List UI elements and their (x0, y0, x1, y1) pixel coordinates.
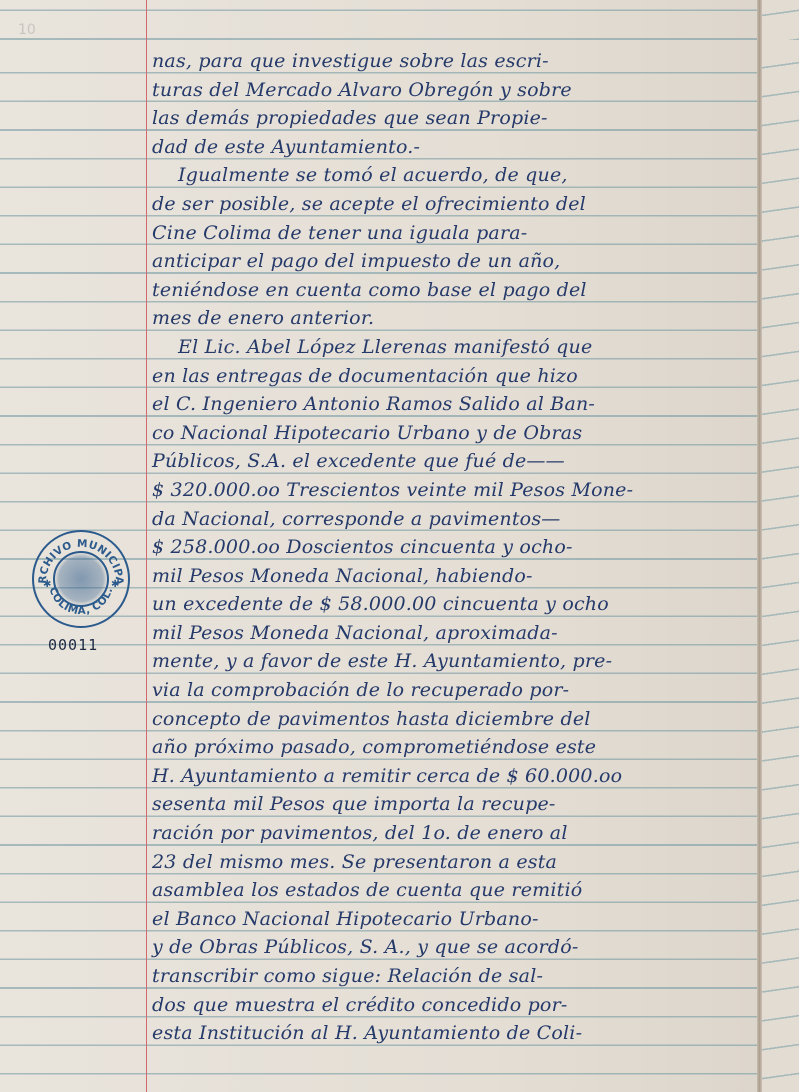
text-line: El Lic. Abel López Llerenas manifestó qu… (148, 333, 760, 362)
text-line: Cine Colima de tener una iguala para- (148, 219, 760, 248)
text-line: asamblea los estados de cuenta que remit… (148, 876, 760, 905)
archive-stamp: ARCHIVO MUNICIPAL COLIMA, COL. ✱ ✱ (32, 530, 130, 628)
text-line: 23 del mismo mes. Se presentaron a esta (148, 848, 760, 877)
text-line: el C. Ingeniero Antonio Ramos Salido al … (148, 390, 760, 419)
text-line: turas del Mercado Alvaro Obregón y sobre (148, 76, 760, 105)
handwritten-minutes-text: nas, para que investigue sobre las escri… (148, 47, 760, 1048)
archive-page-number: 00011 (48, 636, 98, 654)
stamp-star-left-icon: ✱ (43, 579, 51, 590)
ledger-page: 10 nas, para que investigue sobre las es… (0, 0, 799, 1092)
corner-page-mark: 10 (18, 22, 36, 38)
facing-page-edge (760, 0, 799, 1092)
margin-line (146, 0, 147, 1092)
text-line: teniéndose en cuenta como base el pago d… (148, 276, 760, 305)
stamp-seal-emblem-icon (53, 551, 109, 607)
text-line: co Nacional Hipotecario Urbano y de Obra… (148, 419, 760, 448)
text-line: mente, y a favor de este H. Ayuntamiento… (148, 647, 760, 676)
text-line: ración por pavimentos, del 1o. de enero … (148, 819, 760, 848)
text-line: anticipar el pago del impuesto de un año… (148, 247, 760, 276)
text-line: transcribir como sigue: Relación de sal- (148, 962, 760, 991)
text-line: mil Pesos Moneda Nacional, aproximada- (148, 619, 760, 648)
text-line: año próximo pasado, comprometiéndose est… (148, 733, 760, 762)
text-line: H. Ayuntamiento a remitir cerca de $ 60.… (148, 762, 760, 791)
text-line: da Nacional, corresponde a pavimentos— (148, 505, 760, 534)
text-line: dos que muestra el crédito concedido por… (148, 991, 760, 1020)
text-line: $ 320.000.oo Trescientos veinte mil Peso… (148, 476, 760, 505)
text-line: sesenta mil Pesos que importa la recupe- (148, 790, 760, 819)
text-line: Igualmente se tomó el acuerdo, de que, (148, 161, 760, 190)
text-line: esta Institución al H. Ayuntamiento de C… (148, 1019, 760, 1048)
text-line: via la comprobación de lo recuperado por… (148, 676, 760, 705)
text-line: concepto de pavimentos hasta diciembre d… (148, 705, 760, 734)
stamp-star-right-icon: ✱ (111, 579, 119, 590)
text-line: $ 258.000.oo Doscientos cincuenta y ocho… (148, 533, 760, 562)
text-line: Públicos, S.A. el excedente que fué de—— (148, 447, 760, 476)
text-line: un excedente de $ 58.000.00 cincuenta y … (148, 590, 760, 619)
text-line: nas, para que investigue sobre las escri… (148, 47, 760, 76)
text-line: en las entregas de documentación que hiz… (148, 362, 760, 391)
text-line: mil Pesos Moneda Nacional, habiendo- (148, 562, 760, 591)
text-line: de ser posible, se acepte el ofrecimient… (148, 190, 760, 219)
text-line: las demás propiedades que sean Propie- (148, 104, 760, 133)
text-line: mes de enero anterior. (148, 304, 760, 333)
text-line: dad de este Ayuntamiento.- (148, 133, 760, 162)
text-line: y de Obras Públicos, S. A., y que se aco… (148, 933, 760, 962)
text-line: el Banco Nacional Hipotecario Urbano- (148, 905, 760, 934)
